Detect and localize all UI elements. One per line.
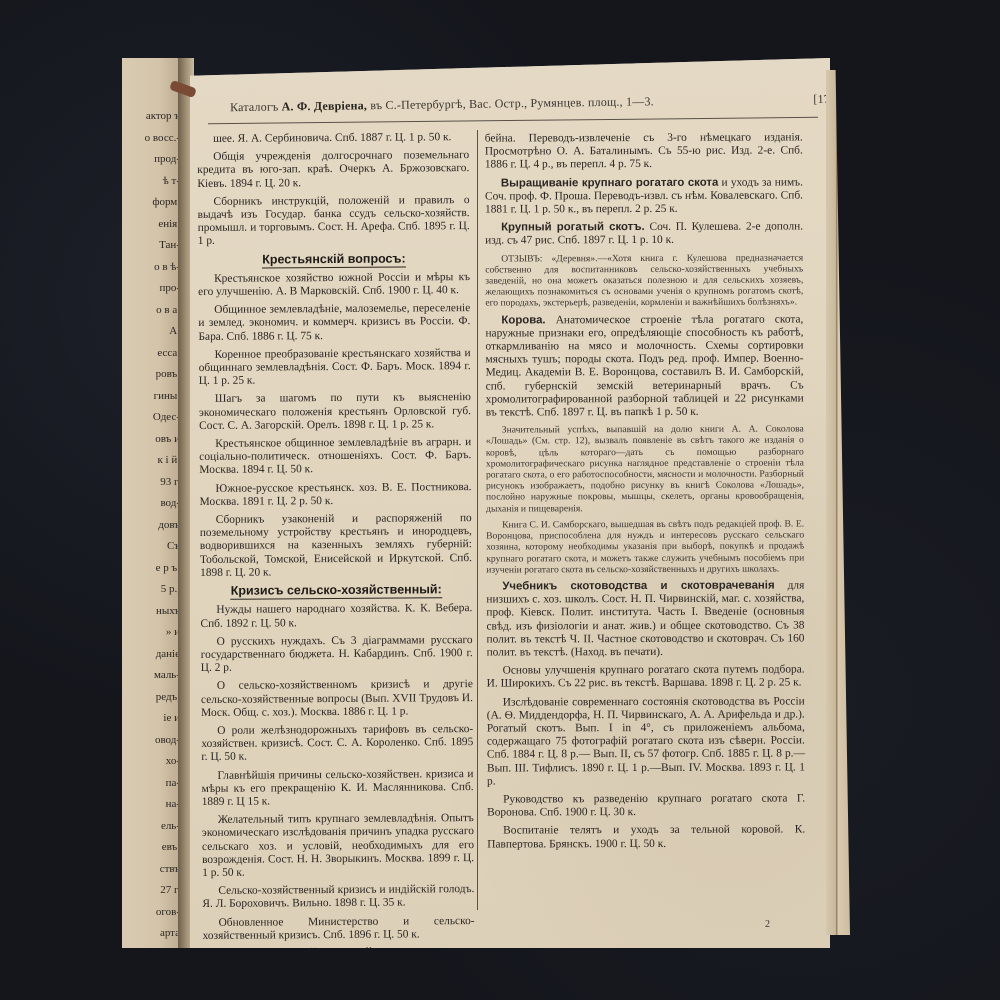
left-column: шее. Я. А. Сербиновича. Спб. 1887 г. Ц. … xyxy=(197,131,475,985)
column-divider xyxy=(477,130,478,910)
entry-title: Корова. xyxy=(501,314,545,326)
left-page-text-fragment: енія. xyxy=(158,218,180,230)
entry-text: Анатомическое строеніе тѣла рогатаго ско… xyxy=(485,313,803,419)
entry-text: Значительный успѣхъ, выпавшій на долю кн… xyxy=(486,424,804,515)
entry-text: Крестьянское общинное землевладѣніе въ а… xyxy=(199,436,471,476)
catalog-prefix: Каталогъ xyxy=(230,100,279,115)
entry-text: О сельско-хозяйственномъ кризисѣ и другі… xyxy=(201,678,473,718)
catalog-entry: Крупный рогатый скотъ. Соч. О. Роде и К.… xyxy=(203,965,475,980)
entry-text: Крестьянское хозяйство южной Россіи и мѣ… xyxy=(198,271,470,298)
left-page-text-fragment: пpo- xyxy=(159,282,180,294)
left-page-text-fragment: ныхъ xyxy=(156,605,180,617)
catalog-entry: Южное-русское крестьянск. хоз. В. Е. Пос… xyxy=(199,481,471,509)
page-stack-edge xyxy=(826,70,850,935)
entry-text: Книга С. И. Самборскаго, вышедшая въ свѣ… xyxy=(486,518,804,575)
catalog-entry: Корова. Анатомическое строеніе тѣла рога… xyxy=(485,313,803,420)
catalog-entry: шее. Я. А. Сербиновича. Спб. 1887 г. Ц. … xyxy=(197,131,469,146)
entry-text: Сборникъ инструкцій, положеній и правилъ… xyxy=(198,194,470,248)
entry-text: Общія учрежденія долгосрочнаго поземельн… xyxy=(197,149,469,189)
entry-text: Воспитаніе телятъ и уходъ за тельной кор… xyxy=(487,824,805,850)
catalog-entry: Учебникъ скотоводства и скотоврачеванія … xyxy=(486,579,804,659)
section-heading-peasant-question: Крестьянскій вопросъ: xyxy=(198,252,470,267)
catalog-entry: Крестьянское хозяйство южной Россіи и мѣ… xyxy=(198,271,470,299)
catalog-entry: Общія учрежденія долгосрочнаго поземельн… xyxy=(197,149,469,191)
catalog-entry: Нужды нашего народнаго хозяйства. К. К. … xyxy=(200,602,472,630)
section-heading-cattle: Крупный рогатый скотъ: xyxy=(203,946,475,961)
left-page-text-fragment: арта xyxy=(160,927,180,939)
catalog-entry: О сельско-хозяйственномъ кризисѣ и другі… xyxy=(201,678,473,720)
publisher-name: А. Ф. Девріена, xyxy=(282,98,368,113)
left-page-text-fragment: довъ xyxy=(158,519,180,531)
catalog-entry: Сборникъ узаконеній и распоряженій по по… xyxy=(200,512,472,580)
catalog-entry: Сельско-хозяйственный кризисъ и индійскі… xyxy=(202,883,474,911)
entry-title: Учебникъ скотоводства и скотоврачеванія xyxy=(502,579,774,592)
entry-text: Южное-русское крестьянск. хоз. В. Е. Пос… xyxy=(200,481,472,508)
entry-title: Крупный рогатый скотъ. xyxy=(501,221,645,234)
catalog-entry: бейна. Переводъ-извлеченіе съ 3-го нѣмец… xyxy=(485,131,803,172)
left-page-text-fragment: гины. xyxy=(154,390,180,402)
entry-text: Руководство къ разведенію крупнаго рогат… xyxy=(487,792,805,818)
entry-text: О роли желѣзнодорожныхъ тарифовъ въ сель… xyxy=(201,723,473,763)
left-page-text-fragment: редъ, xyxy=(156,691,180,703)
entry-text: Сельско-хозяйственный кризисъ и индійскі… xyxy=(202,883,474,910)
review-excerpt: Книга С. И. Самборскаго, вышедшая въ свѣ… xyxy=(486,518,804,575)
entry-text: Крупный рогатый скотъ. Соч. О. Роде и К.… xyxy=(219,965,449,979)
catalog-entry: Руководство къ разведенію крупнаго рогат… xyxy=(487,792,805,820)
left-page-text-fragment: прод- xyxy=(154,153,180,165)
left-page-text-fragment: о в ѣ- xyxy=(154,261,180,273)
catalog-entry: Главнѣйшія причины сельско-хозяйствен. к… xyxy=(201,768,473,810)
left-page-text-fragment: Тан- xyxy=(159,239,180,251)
left-page-text-fragment: огов- xyxy=(156,906,180,918)
left-page-text-fragment: есса. xyxy=(157,347,180,359)
left-page-text-fragment: маль- xyxy=(154,669,180,681)
entry-title: Выращиваніе крупнаго рогатаго скота xyxy=(501,176,718,189)
entry-text: Изслѣдованіе современнаго состоянія скот… xyxy=(487,695,805,787)
entry-text: Шагъ за шагомъ по пути къ выясненію экон… xyxy=(199,392,471,432)
entry-text: О русскихъ нуждахъ. Съ 3 діаграммами рус… xyxy=(201,634,473,674)
running-header: Каталогъ А. Ф. Девріена, въ С.-Петербург… xyxy=(230,92,830,115)
left-page-text-fragment: ровъ, xyxy=(156,368,180,380)
catalog-entry: Изслѣдованіе современнаго состоянія скот… xyxy=(487,695,805,789)
catalog-entry: О русскихъ нуждахъ. Съ 3 діаграммами рус… xyxy=(201,634,473,676)
catalog-entry: Крупный рогатый скотъ. Соч. П. Кулешева.… xyxy=(485,221,803,249)
left-page-text-fragment: о восс.- xyxy=(145,132,180,144)
catalog-entry: Желательный типъ крупнаго землевладѣнія.… xyxy=(202,812,474,880)
left-page-text-fragment: овод- xyxy=(155,734,180,746)
review-excerpt: ОТЗЫВЪ: «Деревня».—«Хотя книга г. Кулешо… xyxy=(485,252,803,309)
catalog-entry: Воспитаніе телятъ и уходъ за тельной кор… xyxy=(487,824,805,852)
left-page-text-fragment: форм. xyxy=(152,196,180,208)
left-page-edge: актор ъо восс.-прод-ѣ т-форм.енія.Тан-о … xyxy=(122,58,184,948)
catalog-entry: Коренное преобразованіе крестьянскаго хо… xyxy=(199,347,471,389)
left-page-text-fragment: овъ и xyxy=(155,433,180,445)
catalog-entry: Сборникъ инструкцій, положеній и правилъ… xyxy=(197,194,469,249)
entry-text: Общинное землевладѣніе, малоземелье, пер… xyxy=(198,302,470,342)
left-page-text-fragment: о в а. xyxy=(156,304,180,316)
publisher-location: въ С.-Петербургѣ, Вас. Остр., Румянцев. … xyxy=(370,94,654,112)
entry-text: Нужды нашего народнаго хозяйства. К. К. … xyxy=(200,602,472,629)
left-page-text-fragment: Одес- xyxy=(153,411,180,423)
catalog-entry: Крестьянское общинное землевладѣніе въ а… xyxy=(199,436,471,478)
entry-text: ОТЗЫВЪ: «Деревня».—«Хотя книга г. Кулешо… xyxy=(485,252,803,309)
catalog-entry: Выращиваніе крупнаго рогатаго скота и ух… xyxy=(485,176,803,217)
right-column: бейна. Переводъ-извлеченіе съ 3-го нѣмец… xyxy=(485,131,806,856)
catalog-entry: О роли желѣзнодорожныхъ тарифовъ въ сель… xyxy=(201,723,473,765)
header-rule xyxy=(208,117,818,124)
left-page-text-fragment: даніе xyxy=(156,648,180,660)
left-page-text-fragment: е р ъ. xyxy=(156,562,180,574)
entry-text: Коренное преобразованіе крестьянскаго хо… xyxy=(199,347,471,387)
entry-text: Желательный типъ крупнаго землевладѣнія.… xyxy=(202,812,474,879)
entry-text: Главнѣйшія причины сельско-хозяйствен. к… xyxy=(202,768,474,808)
catalog-entry: Шагъ за шагомъ по пути къ выясненію экон… xyxy=(199,392,471,434)
entry-text: бейна. Переводъ-извлеченіе съ 3-го нѣмец… xyxy=(485,131,803,171)
entry-text: шее. Я. А. Сербиновича. Спб. 1887 г. Ц. … xyxy=(213,131,451,145)
review-excerpt: Значительный успѣхъ, выпавшій на долю кн… xyxy=(486,424,804,515)
catalog-entry: Общинное землевладѣніе, малоземелье, пер… xyxy=(198,302,470,344)
left-page-text-fragment: ствъ xyxy=(160,863,180,875)
left-page-text-fragment: к і й. xyxy=(157,454,180,466)
entry-text: Обновленное Министерство и сельско-хозяй… xyxy=(203,915,475,942)
entry-text: Сборникъ узаконеній и распоряженій по по… xyxy=(200,512,472,579)
catalog-page: Каталогъ А. Ф. Девріена, въ С.-Петербург… xyxy=(190,58,830,948)
signature-mark: 2 xyxy=(765,919,770,930)
catalog-entry: Основы улучшенія крупнаго рогатаго скота… xyxy=(487,664,805,692)
section-heading-agricultural-crisis: Кризисъ сельско-хозяйственный: xyxy=(200,583,472,598)
left-page-text-fragment: актор ъ xyxy=(146,110,180,122)
entry-text: Основы улучшенія крупнаго рогатаго скота… xyxy=(487,664,805,690)
catalog-entry: Обновленное Министерство и сельско-хозяй… xyxy=(202,915,474,943)
